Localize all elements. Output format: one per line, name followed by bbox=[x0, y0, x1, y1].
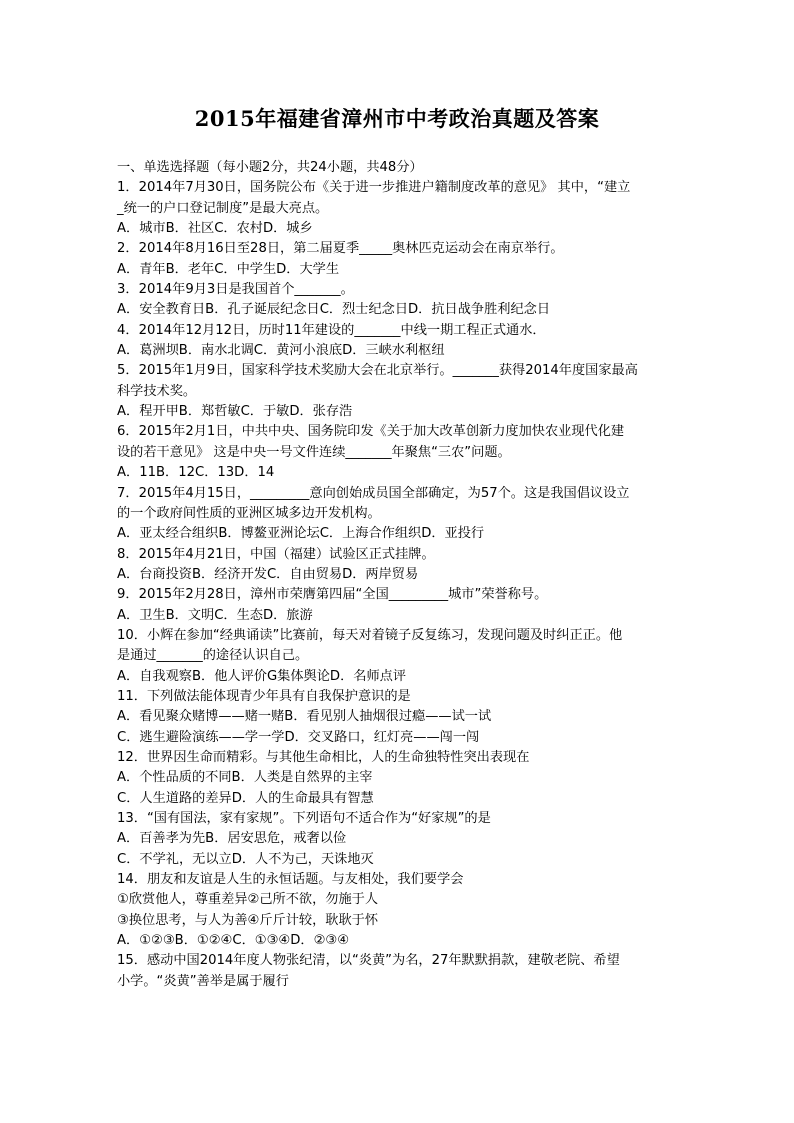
text-line: A．城市B．社区C．农村D．城乡 bbox=[117, 219, 679, 239]
document-page: 2015年福建省漳州市中考政治真题及答案 一、单选选择题（每小题2分，共24小题… bbox=[0, 0, 794, 1123]
text-line: 8．2015年4月21日，中国（福建）试验区正式挂牌。 bbox=[117, 545, 679, 565]
text-line: _统一的户口登记制度”是最大亮点。 bbox=[117, 199, 679, 219]
text-line: 15．感动中国2014年度人物张纪清，以“炎黄”为名，27年默默捐款，建敬老院、… bbox=[117, 951, 679, 971]
text-line: A．个性品质的不同B．人类是自然界的主宰 bbox=[117, 768, 679, 788]
text-line: 9．2015年2月28日，漳州市荣膺第四届“全国_________城市”荣誉称号… bbox=[117, 585, 679, 605]
text-line: A．百善孝为先B．居安思危，戒奢以俭 bbox=[117, 829, 679, 849]
text-line: A．11B．12C．13D．14 bbox=[117, 463, 679, 483]
text-line: ①欣赏他人，尊重差异②己所不欲，勿施于人 bbox=[117, 890, 679, 910]
text-line: 设的若干意见》 这是中央一号文件连续_______年聚焦“三农”问题。 bbox=[117, 443, 679, 463]
text-line: C．不学礼，无以立D．人不为己，天诛地灭 bbox=[117, 850, 679, 870]
text-line: A．①②③B．①②④C．①③④D．②③④ bbox=[117, 931, 679, 951]
text-line: A．亚太经合组织B．博鳌亚洲论坛C．上海合作组织D．亚投行 bbox=[117, 524, 679, 544]
text-line: A．自我观察B．他人评价G集体舆论D．名师点评 bbox=[117, 667, 679, 687]
text-line: 2．2014年8月16日至28日，第二届夏季_____奥林匹克运动会在南京举行。 bbox=[117, 239, 679, 259]
text-line: 的一个政府间性质的亚洲区城多边开发机构。 bbox=[117, 504, 679, 524]
text-line: 科学技术奖。 bbox=[117, 382, 679, 402]
text-line: 14．朋友和友谊是人生的永恒话题。与友相处，我们要学会 bbox=[117, 870, 679, 890]
text-line: C．人生道路的差异D．人的生命最具有智慧 bbox=[117, 789, 679, 809]
text-line: A．葛洲坝B．南水北调C．黄河小浪底D．三峡水利枢纽 bbox=[117, 341, 679, 361]
document-body: 一、单选选择题（每小题2分，共24小题，共48分） 1．2014年7月30日，国… bbox=[117, 158, 679, 992]
text-line: 4．2014年12月12日，历时11年建设的_______中线一期工程正式通水． bbox=[117, 321, 679, 341]
text-line: 3．2014年9月3日是我国首个_______。 bbox=[117, 280, 679, 300]
section-header: 一、单选选择题（每小题2分，共24小题，共48分） bbox=[117, 158, 679, 178]
text-line: 10．小辉在参加“经典诵读”比赛前，每天对着镜子反复练习，发现问题及时纠正正。他 bbox=[117, 626, 679, 646]
text-line: 11．下列做法能体现青少年具有自我保护意识的是 bbox=[117, 687, 679, 707]
text-line: 12．世界因生命而精彩。与其他生命相比，人的生命独特性突出表现在 bbox=[117, 748, 679, 768]
text-line: A．程开甲B．郑哲敏C．于敏D．张存浩 bbox=[117, 402, 679, 422]
text-line: 5．2015年1月9日，国家科学技术奖励大会在北京举行。_______获得201… bbox=[117, 361, 679, 381]
text-line: A．台商投资B．经济开发C．自由贸易D．两岸贸易 bbox=[117, 565, 679, 585]
text-line: 13．“国有国法，家有家规”。下列语句不适合作为“好家规”的是 bbox=[117, 809, 679, 829]
text-line: A．看见聚众赌博——赌一赌B．看见别人抽烟很过瘾——试一试 bbox=[117, 707, 679, 727]
text-line: A．青年B．老年C．中学生D．大学生 bbox=[117, 260, 679, 280]
text-line: 小学。“炎黄”善举是属于履行 bbox=[117, 972, 679, 992]
text-line: A．安全教育日B．孔子诞辰纪念日C．烈士纪念日D．抗日战争胜利纪念日 bbox=[117, 300, 679, 320]
text-line: 1．2014年7月30日，国务院公布《关于进一步推进户籍制度改革的意见》 其中，… bbox=[117, 178, 679, 198]
text-line: ③换位思考，与人为善④斤斤计较，耿耿于怀 bbox=[117, 911, 679, 931]
document-title: 2015年福建省漳州市中考政治真题及答案 bbox=[0, 104, 794, 134]
text-line: A．卫生B．文明C．生态D．旅游 bbox=[117, 606, 679, 626]
text-line: 是通过_______的途径认识自己。 bbox=[117, 646, 679, 666]
text-line: 7．2015年4月15日，_________意向创始成员国全部确定，为57个。这… bbox=[117, 484, 679, 504]
text-line: 6．2015年2月1日，中共中央、国务院印发《关于加大改革创新力度加快农业现代化… bbox=[117, 422, 679, 442]
text-line: C．逃生避险演练——学一学D．交叉路口，红灯亮——闯一闯 bbox=[117, 728, 679, 748]
